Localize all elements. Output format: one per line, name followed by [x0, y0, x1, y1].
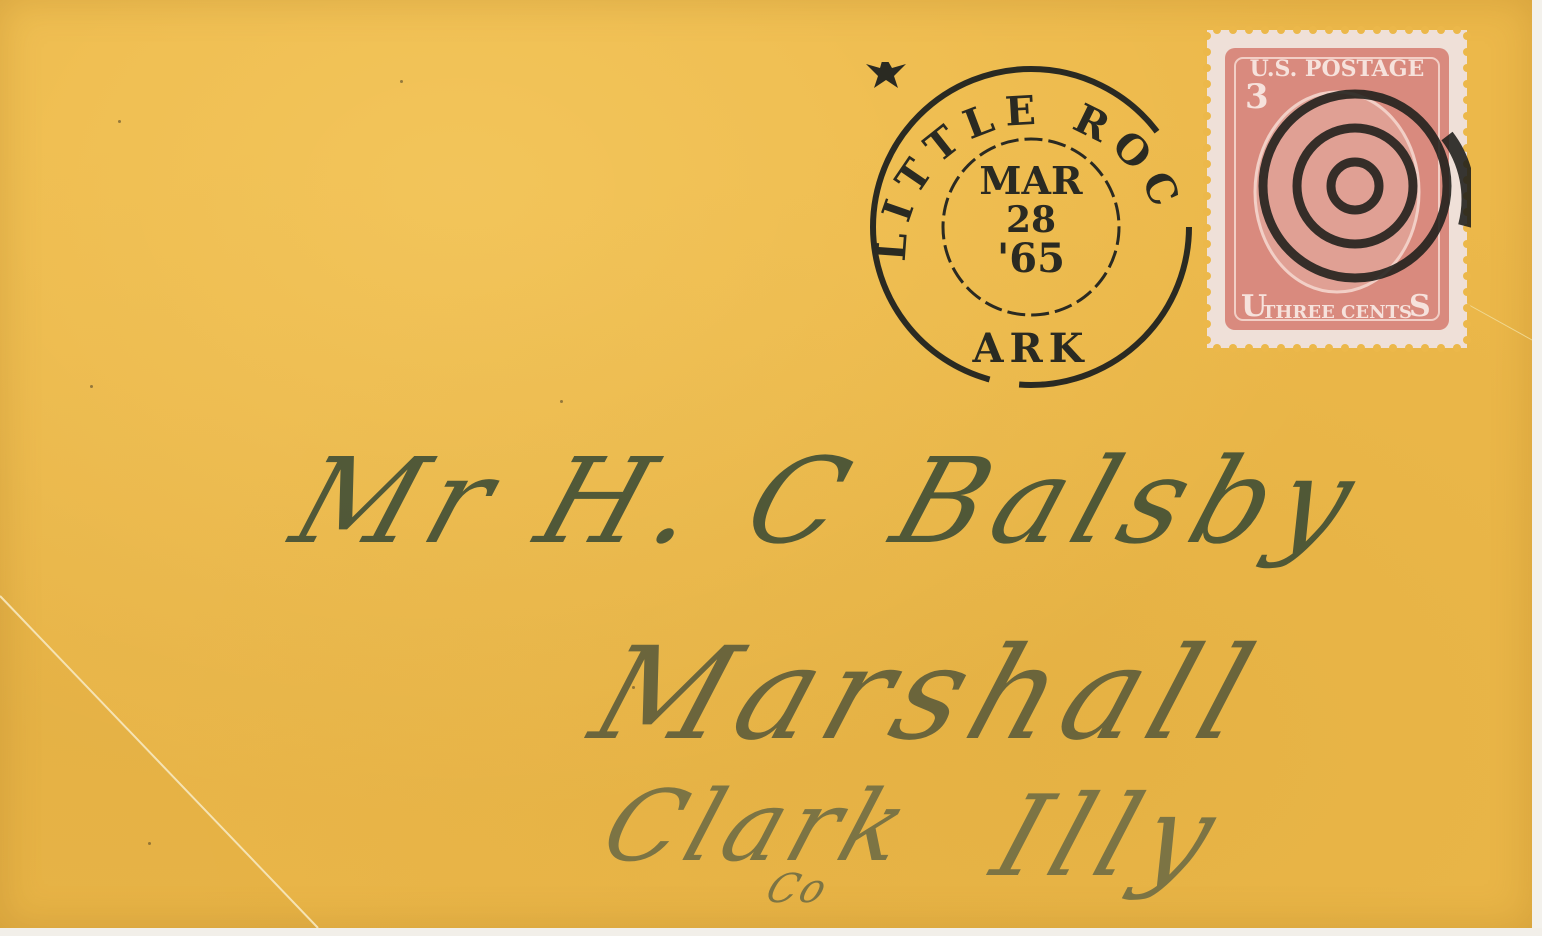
- paper-speck: [400, 80, 403, 83]
- postmark-year: '65: [997, 235, 1065, 282]
- scanner-bed-edge: [0, 928, 1542, 936]
- stamp-portrait-oval: [1255, 92, 1419, 292]
- paper-speck: [148, 842, 151, 845]
- paper-speck: [632, 686, 635, 689]
- paper-speck: [560, 400, 563, 403]
- stamp-denomination: 3: [1245, 77, 1269, 117]
- paper-speck: [90, 385, 93, 388]
- postmark-state: ARK: [971, 325, 1089, 372]
- paper-speck: [118, 120, 121, 123]
- stamp-corner-s: S: [1409, 289, 1431, 324]
- postage-stamp: U.S. POSTAGE 3 U S THREE CENTS: [1203, 26, 1471, 352]
- stamp-value-text: THREE CENTS: [1262, 302, 1412, 323]
- postmark: LITTLE ROCK ARK MAR 28 '65: [858, 62, 1204, 392]
- postmark-star-icon: [866, 62, 906, 88]
- stamp-top-label: U.S. POSTAGE: [1250, 56, 1425, 82]
- postmark-month: MAR: [979, 158, 1083, 203]
- scan-background: LITTLE ROCK ARK MAR 28 '65: [0, 0, 1542, 936]
